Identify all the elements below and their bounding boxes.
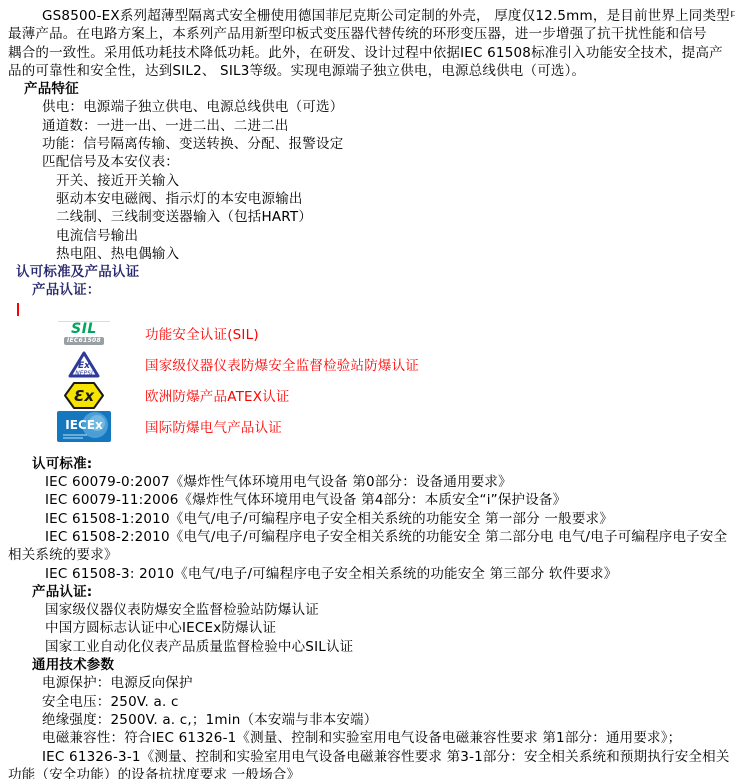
tech-param-item: 电磁兼容性：符合IEC 61326-1《测量、控制和实验室用电气设备电磁兼容性要… [0,729,735,747]
atex-logo-icon: Ɛx [56,381,112,410]
sil-logo-text: SIL [71,323,97,336]
feature-item: 功能：信号隔离传输、变送转换、分配、报警设定 [0,135,735,153]
svg-text:IECEx: IECEx [65,418,103,432]
feature-item: 通道数：一进一出、一进二出、二进二出 [0,117,735,135]
sil-logo-icon: SIL IEC61508 [56,321,112,345]
text-cursor-mark [17,303,19,316]
tech-param-item: 安全电压：250V. a. c [0,693,735,711]
certification-section-heading: 认可标准及产品认证 [0,263,735,281]
nepsi-logo: Ex NEPSI [67,349,101,380]
intro-line: 最薄产品。在电路方案上，本系列产品用新型印板式变压器代替传统的环形变压器，进一步… [0,25,735,43]
atex-logo: Ɛx [63,381,105,410]
certification-row-iecex: IECEx 国际防爆电气产品认证 [0,411,735,442]
tech-param-continuation: 功能（安全功能）的设备抗扰度要求 一般场合》 [0,766,735,779]
sil-logo: SIL IEC61508 [58,321,110,345]
certification-logo-list: SIL IEC61508 功能安全认证(SIL) Ex NEPSI 国家级仪器仪… [0,318,735,442]
intro-paragraph: GS8500-EX系列超薄型隔离式安全栅使用德国菲尼克斯公司定制的外壳， 厚度仅… [0,7,735,80]
intro-line: 品的可靠性和安全性，达到SIL2、 SIL3等级。实现电源端子独立供电，电源总线… [0,62,735,80]
certification-section: 认可标准及产品认证 产品认证： SIL IEC61508 功能安全认证(SIL) [0,263,735,656]
certification-caption: 国际防爆电气产品认证 [145,416,282,436]
standard-item: IEC 61508-2:2010《电气/电子/可编程序电子安全相关系统的功能安全… [0,528,735,546]
tech-params-section: 通用技术参数 电源保护：电源反向保护 安全电压：250V. a. c 绝缘强度：… [0,656,735,779]
iecex-logo-icon: IECEx [56,411,112,442]
certification-row-sil: SIL IEC61508 功能安全认证(SIL) [0,318,735,349]
product-certs-section: 产品认证: 国家级仪器仪表防爆安全监督检验站防爆认证 中国方圆标志认证中心IEC… [0,583,735,656]
product-certs-heading: 产品认证: [0,583,735,601]
features-heading: 产品特征 [0,80,735,98]
iec61508-badge: IEC61508 [64,337,104,345]
iecex-logo: IECEx [57,411,111,442]
feature-subitem: 热电阻、热电偶输入 [0,245,735,263]
intro-line: 耦合的一致性。采用低功耗技术降低功耗。此外，在研发、设计过程中依据IEC 615… [0,44,735,62]
intro-line: GS8500-EX系列超薄型隔离式安全栅使用德国菲尼克斯公司定制的外壳， 厚度仅… [0,7,735,25]
tech-param-item: 绝缘强度：2500V. a. c,；1min（本安端与非本安端） [0,711,735,729]
svg-text:NEPSI: NEPSI [75,370,93,377]
feature-subitem: 开关、接近开关输入 [0,172,735,190]
feature-subitem: 驱动本安电磁阀、指示灯的本安电源输出 [0,190,735,208]
standard-item: IEC 60079-11:2006《爆炸性气体环境用电气设备 第4部分：本质安全… [0,491,735,509]
standard-item: IEC 60079-0:2007《爆炸性气体环境用电气设备 第0部分：设备通用要… [0,473,735,491]
product-cert-item: 国家工业自动化仪表产品质量监督检验中心SIL认证 [0,638,735,656]
standards-heading: 认可标准: [0,455,735,473]
certification-caption: 国家级仪器仪表防爆安全监督检验站防爆认证 [145,354,419,374]
standards-section: 认可标准: IEC 60079-0:2007《爆炸性气体环境用电气设备 第0部分… [0,455,735,583]
feature-subitem: 电流信号输出 [0,227,735,245]
features-section: 产品特征 供电：电源端子独立供电、电源总线供电（可选） 通道数：一进一出、一进二… [0,80,735,263]
tech-param-item: 电源保护：电源反向保护 [0,674,735,692]
certification-row-atex: Ɛx 欧洲防爆产品ATEX认证 [0,380,735,411]
certification-caption: 功能安全认证(SIL) [145,323,259,343]
product-cert-item: 中国方圆标志认证中心IECEx防爆认证 [0,619,735,637]
certification-row-nepsi: Ex NEPSI 国家级仪器仪表防爆安全监督检验站防爆认证 [0,349,735,380]
certification-caption: 欧洲防爆产品ATEX认证 [145,385,290,405]
product-certification-subheading: 产品认证： [0,281,735,299]
nepsi-logo-icon: Ex NEPSI [56,349,112,380]
standard-item-continuation: 相关系统的要求》 [0,546,735,564]
feature-item: 匹配信号及本安仪表： [0,153,735,171]
standard-item: IEC 61508-1:2010《电气/电子/可编程序电子安全相关系统的功能安全… [0,510,735,528]
feature-item: 供电：电源端子独立供电、电源总线供电（可选） [0,98,735,116]
standard-item: IEC 61508-3: 2010《电气/电子/可编程序电子安全相关系统的功能安… [0,565,735,583]
feature-subitem: 二线制、三线制变送器输入（包括HART） [0,208,735,226]
tech-params-heading: 通用技术参数 [0,656,735,674]
tech-param-item: IEC 61326-3-1《测量、控制和实验室用电气设备电磁兼容性要求 第3-1… [0,748,735,766]
product-cert-item: 国家级仪器仪表防爆安全监督检验站防爆认证 [0,601,735,619]
document-page: GS8500-EX系列超薄型隔离式安全栅使用德国菲尼克斯公司定制的外壳， 厚度仅… [0,0,735,779]
svg-text:Ɛx: Ɛx [74,387,95,405]
